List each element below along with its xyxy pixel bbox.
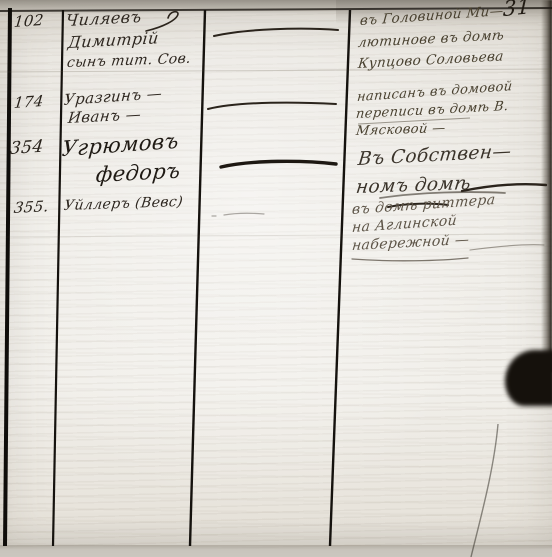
- row-number: 355.: [13, 197, 50, 217]
- row-number: 174: [13, 92, 45, 112]
- entry-note-line: лютинове въ домѣ: [357, 27, 505, 51]
- entry-name-line: Уйллеръ (Вевс): [63, 194, 184, 214]
- table-vline-middle-col: [330, 10, 350, 546]
- row-355-note-trailing-dash: [470, 245, 544, 250]
- entry-name-line: Уразгинъ —: [63, 84, 163, 109]
- entry-name-line: Угрюмовъ: [61, 129, 180, 161]
- page-right-edge-shadow: [541, 0, 552, 372]
- entry-name-line: Чиляевъ: [65, 7, 143, 30]
- row-355-note-underline: [352, 258, 468, 261]
- table-vline-number-col: [53, 10, 63, 546]
- table-vline-name-col: [190, 10, 205, 546]
- entry-note-line: Въ Собствен—: [357, 141, 513, 170]
- entry-note-line: набережной —: [351, 232, 470, 254]
- entry-name-line: сынъ тит. Сов.: [66, 51, 192, 71]
- entry-note-line: Мясковой —: [355, 121, 446, 139]
- row-355-middle-dash: [212, 213, 264, 216]
- scan-bottom-edge: [0, 545, 552, 557]
- row-102-middle-dash: [214, 29, 338, 36]
- page-number: 31: [503, 0, 531, 21]
- row-number: 354: [9, 137, 45, 160]
- torn-corner-blot: [505, 350, 552, 406]
- row-354-note-trailing-dash: [462, 184, 546, 191]
- entry-name-line: Димитрій: [67, 28, 160, 52]
- row-174-middle-dash: [208, 103, 336, 109]
- row-number: 102: [13, 11, 45, 31]
- under-page-edge-line: [471, 424, 498, 557]
- table-vline-left-border: [5, 8, 10, 546]
- ledger-page: 31 102 Чиляевъ Димитрій сынъ тит. Сов. в…: [0, 0, 552, 557]
- entry-note-line: Купцово Соловьева: [357, 48, 504, 72]
- entry-name-line: федоръ: [95, 158, 182, 187]
- row-354-middle-dash: [221, 161, 336, 167]
- entry-name-line: Иванъ —: [67, 105, 142, 127]
